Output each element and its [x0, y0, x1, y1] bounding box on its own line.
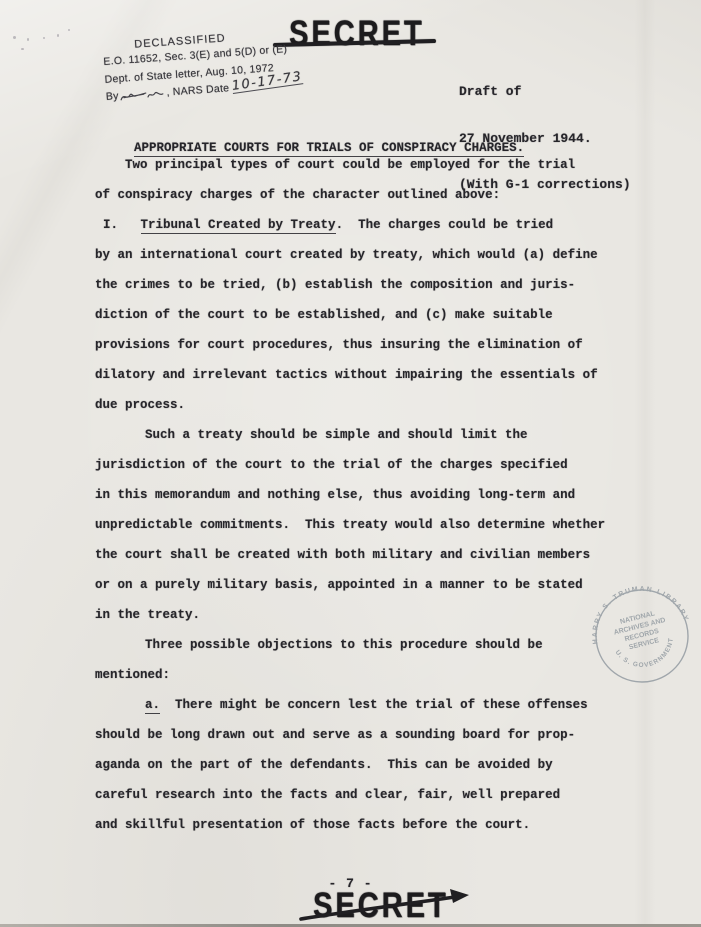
- body-line: aganda on the part of the defendants. Th…: [95, 758, 660, 788]
- body-line: provisions for court procedures, thus in…: [95, 338, 660, 368]
- document-body: Two principal types of court could be em…: [95, 158, 660, 848]
- body-line: in this memorandum and nothing else, thu…: [95, 488, 660, 518]
- body-line: unpredictable commitments. This treaty w…: [95, 518, 660, 548]
- body-line: the crimes to be tried, (b) establish th…: [95, 278, 660, 308]
- body-line: mentioned:: [95, 668, 660, 698]
- body-line: by an international court created by tre…: [95, 248, 660, 278]
- body-line: and skillful presentation of those facts…: [95, 818, 660, 848]
- declass-nars-label: , NARS Date: [166, 82, 230, 98]
- declassification-stamp: DECLASSIFIED E.O. 11652, Sec. 3(E) and 5…: [102, 24, 356, 103]
- body-line: I. Tribunal Created by Treaty. The charg…: [103, 218, 660, 248]
- document-page: SECRET DECLASSIFIED E.O. 11652, Sec. 3(E…: [0, 0, 701, 927]
- draft-line-1: Draft of: [459, 84, 631, 100]
- declass-by-label: By: [105, 90, 119, 103]
- body-line: Two principal types of court could be em…: [125, 158, 660, 188]
- signature-scribble-icon: [119, 87, 166, 104]
- body-line: should be long drawn out and serve as a …: [95, 728, 660, 758]
- body-line: dilatory and irrelevant tactics without …: [95, 368, 660, 398]
- body-line: diction of the court to be established, …: [95, 308, 660, 338]
- body-line: in the treaty.: [95, 608, 660, 638]
- secret-strikethrough-arrow: [293, 881, 483, 927]
- body-line: due process.: [95, 398, 660, 428]
- body-line: a. There might be concern lest the trial…: [145, 698, 660, 728]
- body-line: jurisdiction of the court to the trial o…: [95, 458, 660, 488]
- body-line: careful research into the facts and clea…: [95, 788, 660, 818]
- body-line: of conspiracy charges of the character o…: [95, 188, 660, 218]
- body-line: the court shall be created with both mil…: [95, 548, 660, 578]
- body-line: Three possible objections to this proced…: [145, 638, 660, 668]
- body-line: Such a treaty should be simple and shoul…: [145, 428, 660, 458]
